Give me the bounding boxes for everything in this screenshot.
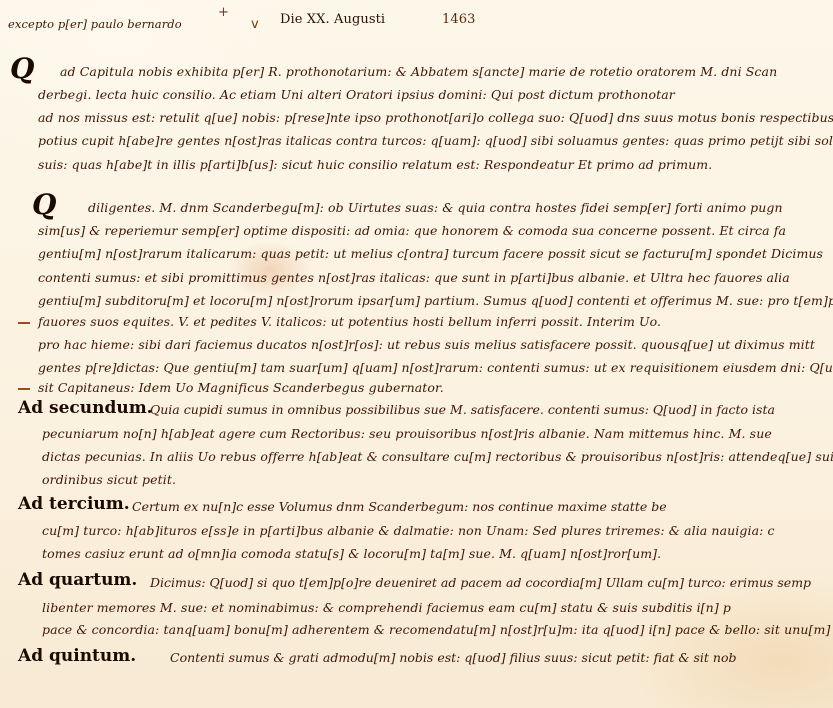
para1-line5: suis: quas h[abe]t in illis p[arti]b[us]… — [38, 157, 712, 172]
quartum-line2: libenter memores M. sue: et nominabimus:… — [42, 600, 731, 615]
margin-dash-2 — [18, 388, 30, 390]
para2-line7: pro hac hieme: sibi dari faciemus ducato… — [38, 337, 815, 352]
tercium-line2: cu[m] turco: h[ab]ituros e[ss]e in p[art… — [42, 523, 775, 538]
para2-line1: diligentes. M. dnm Scanderbegu[m]: ob Ui… — [88, 200, 783, 215]
para2-line6: fauores suos equites. V. et pedites V. i… — [38, 314, 661, 329]
cross-mark: + — [218, 5, 229, 20]
header-year: 1463 — [442, 12, 475, 27]
para1-line3: ad nos missus est: retulit q[ue] nobis: … — [38, 110, 833, 125]
initial-q-2: Q — [32, 188, 56, 221]
manuscript-page: excepto p[er] paulo bernardo + v Die XX.… — [0, 0, 833, 708]
quartum-line3: pace & concordia: tanq[uam] bonu[m] adhe… — [42, 622, 833, 637]
secundum-line1: Quia cupidi sumus in omnibus possibilibu… — [150, 402, 775, 417]
heading-ad-quintum: Ad quintum. — [18, 646, 136, 666]
para2-line4: contenti sumus: et sibi promittimus gent… — [38, 270, 790, 285]
para1-line2: derbegi. lecta huic consilio. Ac etiam U… — [38, 87, 675, 102]
para2-line3: gentiu[m] n[ost]rarum italicarum: quas p… — [38, 246, 823, 261]
para2-line2: sim[us] & reperiemur semp[er] optime dis… — [38, 223, 786, 238]
secundum-line4: ordinibus sicut petit. — [42, 472, 176, 487]
header-note: excepto p[er] paulo bernardo — [8, 17, 182, 31]
para1-line4: potius cupit h[abe]re gentes n[ost]ras i… — [38, 133, 833, 148]
initial-q-1: Q — [10, 52, 34, 85]
quintum-line1: Contenti sumus & grati admodu[m] nobis e… — [170, 650, 737, 665]
para2-line5: gentiu[m] subditoru[m] et locoru[m] n[os… — [38, 293, 833, 308]
heading-ad-quartum: Ad quartum. — [18, 570, 137, 590]
para2-line9: sit Capitaneus: Idem Uo Magnificus Scand… — [38, 380, 444, 395]
margin-dash-1 — [18, 322, 30, 324]
check-mark: v — [251, 17, 259, 32]
para1-line1: ad Capitula nobis exhibita p[er] R. prot… — [60, 64, 777, 79]
tercium-line3: tomes casiuz erunt ad o[mn]ia comoda sta… — [42, 546, 661, 561]
header-date: Die XX. Augusti — [280, 12, 385, 27]
para2-line8: gentes p[re]dictas: Que gentiu[m] tam su… — [38, 360, 833, 375]
heading-ad-tercium: Ad tercium. — [18, 494, 130, 514]
secundum-line3: dictas pecunias. In aliis Uo rebus offer… — [42, 449, 833, 464]
quartum-line1: Dicimus: Q[uod] si quo t[em]p[o]re deuen… — [150, 575, 811, 590]
tercium-line1: Certum ex nu[n]c esse Volumus dnm Scande… — [132, 499, 667, 514]
heading-ad-secundum: Ad secundum. — [18, 398, 153, 418]
secundum-line2: pecuniarum no[n] h[ab]eat agere cum Rect… — [42, 426, 772, 441]
